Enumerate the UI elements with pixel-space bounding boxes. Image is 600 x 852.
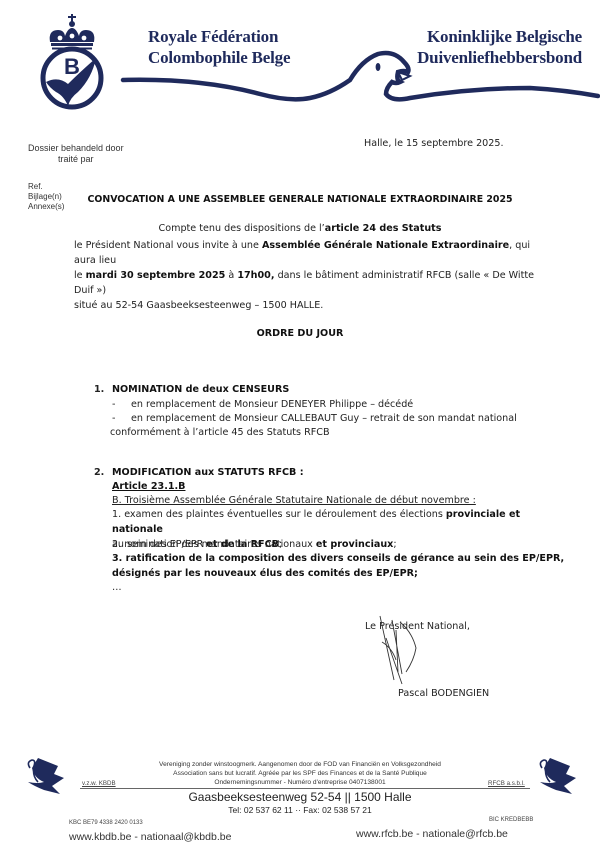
intro-line3: situé au 52-54 Gaasbeeksesteenweg – 1500… [74, 298, 554, 313]
subtitle-text: Compte tenu des dispositions de l’ [159, 223, 325, 234]
bullet-dash: - [112, 411, 115, 426]
company-number: Ondernemingsnummer - Numéro d'entreprise… [100, 778, 500, 787]
agenda-title: ORDRE DU JOUR [0, 326, 600, 341]
agenda-point-2: 2. nomination des mandataires nationaux … [112, 537, 397, 552]
point-bold: et provinciaux [316, 539, 393, 550]
intro-text: le [74, 270, 86, 281]
point-text: 1. examen des plaintes éventuelles sur l… [112, 509, 446, 520]
legal-line-nl: Vereniging zonder winstoogmerk. Aangenom… [100, 760, 500, 769]
kbdb-website-link[interactable]: www.kbdb.be - nationaal@kbdb.be [69, 831, 231, 843]
agenda-point-3-line2: désignés par les nouveaux élus des comit… [112, 566, 418, 581]
point-text: 2. nomination des mandataires nationaux [112, 539, 316, 550]
intro-line2: le mardi 30 septembre 2025 à 17h00, dans… [74, 268, 554, 298]
footer-tel-fax: Tel: 02 537 62 11 ·· Fax: 02 538 57 21 [0, 805, 600, 815]
meeting-time: 17h00, [237, 270, 274, 281]
handwritten-signature-icon [372, 612, 432, 692]
invitation-paragraph: le Président National vous invite à une … [74, 238, 554, 313]
bic-code: BIC KREDBEBB [489, 817, 533, 823]
pigeon-wave-icon [0, 40, 600, 110]
meeting-date: mardi 30 septembre 2025 [86, 270, 226, 281]
signatory-name: Pascal BODENGIEN [398, 686, 489, 701]
bullet-dash: - [112, 397, 115, 412]
agenda-number: 2. [94, 465, 104, 480]
intro-text: le Président National vous invite à une [74, 240, 262, 251]
letter-date: Halle, le 15 septembre 2025. [364, 136, 504, 151]
footer-address: Gaasbeeksesteenweg 52-54 || 1500 Halle [0, 790, 600, 804]
agenda-heading: MODIFICATION aux STATUTS RFCB : [112, 465, 304, 480]
ref-label: Ref. [28, 182, 64, 192]
agenda-continuation: conformément à l’article 45 des Statuts … [110, 425, 330, 440]
dossier-line2: traité par [28, 154, 124, 165]
agenda-point-3-line1: 3. ratification de la composition des di… [112, 551, 564, 566]
point-text: ; [393, 539, 396, 550]
agenda-heading: NOMINATION de deux CENSEURS [112, 382, 289, 397]
rfcb-website-link[interactable]: www.rfcb.be - nationale@rfcb.be [356, 828, 508, 840]
bank-account: KBC BE79 4338 2420 0133 [69, 820, 143, 826]
assembly-name: Assemblée Générale Nationale Extraordina… [262, 240, 509, 251]
article-reference: Article 23.1.B [112, 481, 185, 492]
letter-title: CONVOCATION A UNE ASSEMBLEE GENERALE NAT… [0, 192, 600, 207]
subtitle-article: article 24 des Statuts [325, 223, 442, 234]
intro-line1: le Président National vous invite à une … [74, 238, 554, 268]
footer-divider [80, 788, 530, 789]
agenda-subitem: en remplacement de Monsieur CALLEBAUT Gu… [131, 411, 517, 426]
agenda-number: 1. [94, 382, 104, 397]
agenda-ellipsis: … [112, 580, 122, 595]
agenda-subitem: en remplacement de Monsieur DENEYER Phil… [131, 397, 413, 412]
dossier-line1: Dossier behandeld door [28, 143, 124, 154]
legal-notice: Vereniging zonder winstoogmerk. Aangenom… [100, 760, 500, 787]
legal-line-fr: Association sans but lucratif. Agréée pa… [100, 769, 500, 778]
letter-subtitle: Compte tenu des dispositions de l’articl… [0, 221, 600, 236]
section-heading: B. Troisième Assemblée Générale Statutai… [112, 493, 476, 508]
dossier-label: Dossier behandeld door traité par [28, 143, 124, 165]
intro-text: à [225, 270, 237, 281]
